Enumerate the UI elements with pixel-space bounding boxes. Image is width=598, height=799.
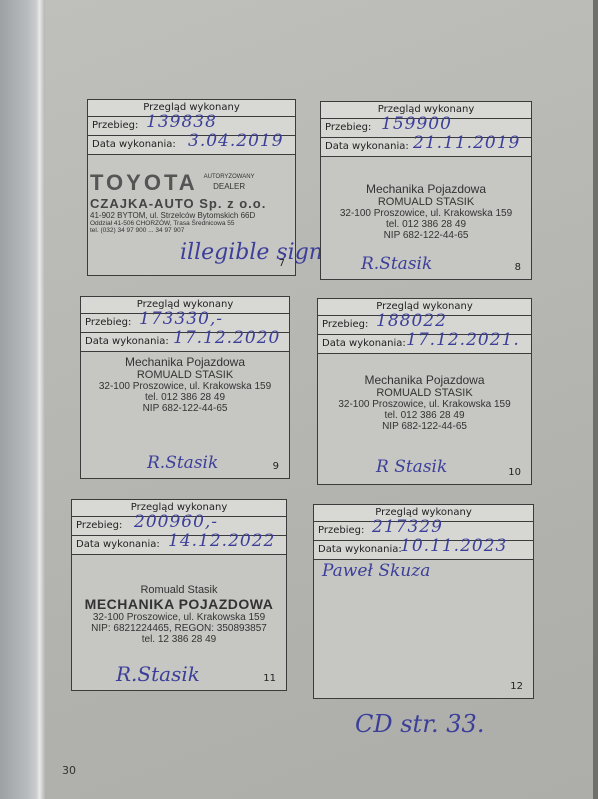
- mileage-value: 188022: [376, 312, 447, 330]
- mileage-label: Przebieg:: [76, 520, 122, 531]
- mileage-label: Przebieg:: [318, 525, 364, 536]
- stamp-line-5: NIP 682-122-44-65: [318, 421, 531, 432]
- mileage-value: 200960,-: [134, 513, 218, 531]
- mileage-label: Przebieg:: [85, 317, 131, 328]
- date-label: Data wykonania:: [322, 338, 406, 349]
- entry-number: 12: [510, 681, 523, 692]
- stamp-line-2: ROMUALD STASIK: [81, 369, 289, 381]
- date-label: Data wykonania:: [318, 544, 402, 555]
- service-entry-8: Przegląd wykonany Przebieg: 159900 Data …: [320, 101, 532, 280]
- stamp-line-5: NIP 682-122-44-65: [81, 403, 289, 414]
- stamp-line-4: tel. 012 386 28 49: [318, 410, 531, 421]
- entry-number: 10: [508, 467, 521, 478]
- stamp-line-5: tel. 12 386 28 49: [72, 634, 286, 645]
- date-row: Data wykonania: 3.04.2019: [88, 136, 295, 155]
- date-label: Data wykonania:: [92, 139, 176, 150]
- signature: R Stasik: [376, 457, 447, 477]
- service-entry-12: Przegląd wykonany Przebieg: 217329 Data …: [313, 504, 534, 699]
- stamp-address: 41-902 BYTOM, ul. Strzelców Bytomskich 6…: [90, 211, 295, 220]
- date-row: Data wykonania: 10.11.2023: [314, 541, 533, 560]
- entry-number: 11: [263, 673, 276, 684]
- stamp-line-3: 32-100 Proszowice, ul. Krakowska 159: [81, 381, 289, 392]
- stamp-company: CZAJKA-AUTO Sp. z o.o.: [90, 196, 295, 211]
- date-value: 21.11.2019: [413, 134, 520, 152]
- mileage-value: 173330,-: [139, 310, 223, 328]
- signature: R.Stasik: [361, 254, 432, 274]
- logo-subtitle: AUTORYZOWANY: [204, 174, 255, 180]
- entry-number: 9: [273, 461, 279, 472]
- dealer-stamp: TOYOTA AUTORYZOWANY DEALER CZAJKA-AUTO S…: [88, 170, 295, 234]
- mileage-value: 217329: [372, 518, 443, 536]
- date-label: Data wykonania:: [325, 141, 409, 152]
- date-row: Data wykonania: 21.11.2019: [321, 138, 531, 157]
- stamp-phone: tel. (032) 34 97 900 ... 34 97 907: [90, 227, 295, 234]
- date-value: 3.04.2019: [188, 132, 284, 150]
- signature: R.Stasik: [147, 453, 218, 473]
- service-entry-9: Przegląd wykonany Przebieg: 173330,- Dat…: [80, 296, 290, 479]
- stamp-line-3: 32-100 Proszowice, ul. Krakowska 159: [72, 612, 286, 623]
- date-value: 17.12.2020: [173, 329, 280, 347]
- mileage-label: Przebieg:: [325, 122, 371, 133]
- stamp-line-1: Romuald Stasik: [72, 584, 286, 596]
- mileage-value: 139838: [146, 113, 217, 131]
- service-entry-11: Przegląd wykonany Przebieg: 200960,- Dat…: [71, 499, 287, 691]
- stamp-line-1: Mechanika Pojazdowa: [318, 373, 531, 387]
- book-binding: [0, 0, 45, 799]
- stamp-line-4: tel. 012 386 28 49: [81, 392, 289, 403]
- workshop-stamp: Mechanika Pojazdowa ROMUALD STASIK 32-10…: [321, 182, 531, 241]
- service-entry-10: Przegląd wykonany Przebieg: 188022 Data …: [317, 298, 532, 485]
- date-row: Data wykonania: 14.12.2022: [72, 536, 286, 555]
- mileage-label: Przebieg:: [322, 319, 368, 330]
- workshop-stamp: Romuald Stasik MECHANIKA POJAZDOWA 32-10…: [72, 584, 286, 645]
- stamp-line-3: 32-100 Proszowice, ul. Krakowska 159: [321, 208, 531, 219]
- toyota-logo: TOYOTA: [90, 170, 198, 196]
- stamp-line-2: MECHANIKA POJAZDOWA: [72, 596, 286, 612]
- workshop-stamp: Mechanika Pojazdowa ROMUALD STASIK 32-10…: [81, 355, 289, 414]
- handwritten-note: CD str. 33.: [355, 710, 484, 738]
- date-value: 14.12.2022: [168, 532, 275, 550]
- page-edge: [593, 0, 598, 799]
- date-row: Data wykonania: 17.12.2021.: [318, 335, 531, 354]
- stamp-line-2: ROMUALD STASIK: [321, 196, 531, 208]
- workshop-stamp: Mechanika Pojazdowa ROMUALD STASIK 32-10…: [318, 373, 531, 432]
- mileage-value: 159900: [381, 115, 452, 133]
- stamp-branch: Oddział 41-506 CHORZÓW, Trasa Średnicowa…: [90, 220, 295, 227]
- date-label: Data wykonania:: [76, 539, 160, 550]
- entry-number: 7: [279, 258, 285, 269]
- date-label: Data wykonania:: [85, 336, 169, 347]
- date-value: 10.11.2023: [400, 537, 507, 555]
- date-value: 17.12.2021.: [406, 331, 520, 349]
- stamp-line-1: Mechanika Pojazdowa: [321, 182, 531, 196]
- page-number: 30: [62, 764, 76, 777]
- logo-dealer: DEALER: [213, 182, 245, 191]
- stamp-line-2: ROMUALD STASIK: [318, 387, 531, 399]
- stamp-line-1: Mechanika Pojazdowa: [81, 355, 289, 369]
- entry-number: 8: [515, 262, 521, 273]
- signature: Paweł Skuza: [322, 561, 430, 581]
- stamp-line-3: 32-100 Proszowice, ul. Krakowska 159: [318, 399, 531, 410]
- signature: R.Stasik: [116, 662, 200, 686]
- stamp-line-4: tel. 012 386 28 49: [321, 219, 531, 230]
- stamp-line-4: NIP: 6821224465, REGON: 350893857: [72, 623, 286, 634]
- stamp-line-5: NIP 682-122-44-65: [321, 230, 531, 241]
- mileage-label: Przebieg:: [92, 120, 138, 131]
- date-row: Data wykonania: 17.12.2020: [81, 333, 289, 352]
- service-entry-7: Przegląd wykonany Przebieg: 139838 Data …: [87, 99, 296, 276]
